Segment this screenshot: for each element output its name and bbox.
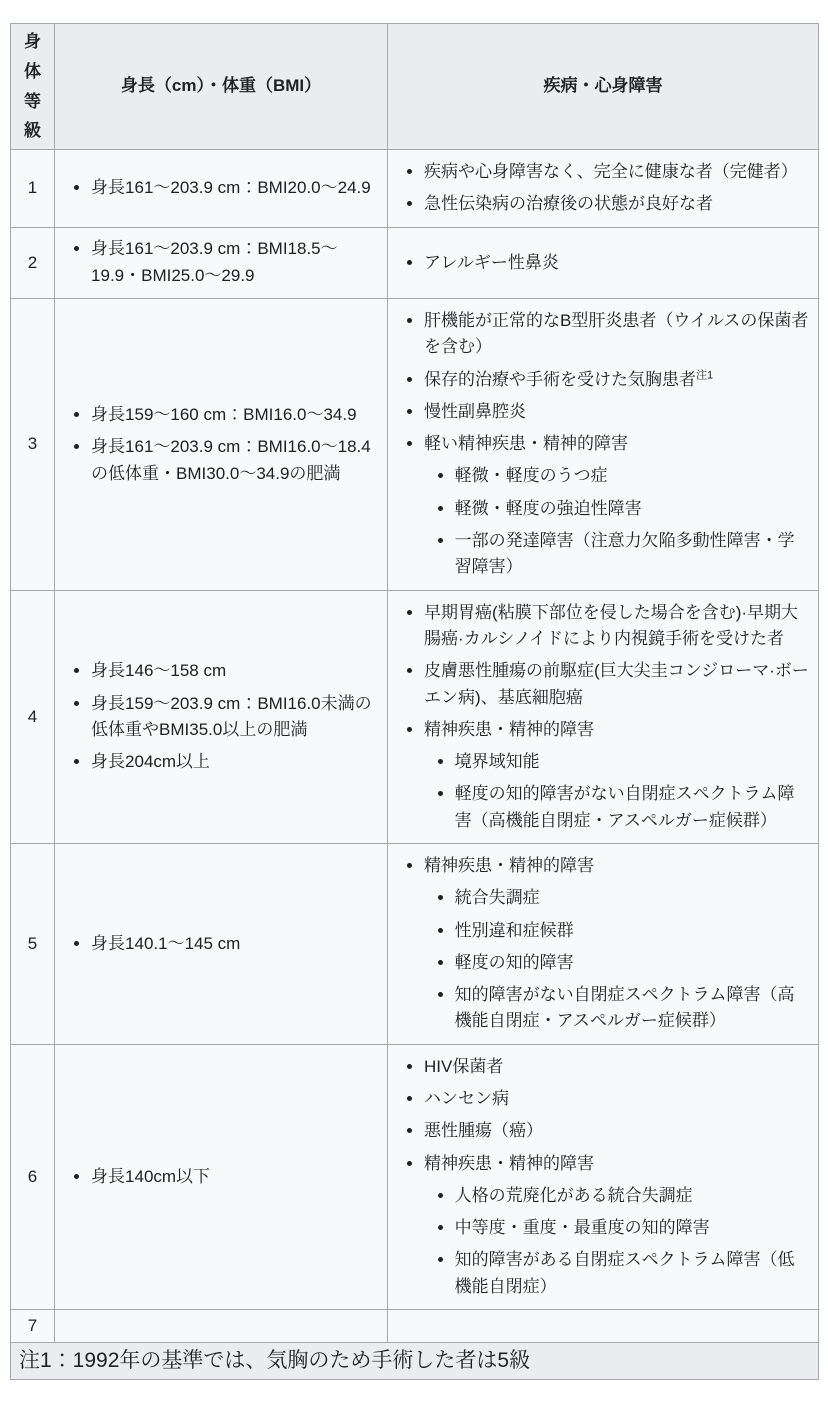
table-row: 3身長159〜160 cm：BMI16.0〜34.9身長161〜203.9 cm… [11, 299, 819, 591]
list-item: 知的障害がある自閉症スペクトラム障害（低機能自閉症） [455, 1247, 810, 1300]
list-item: 一部の発達障害（注意力欠陥多動性障害・学習障害） [455, 528, 810, 581]
list-item: 身長161〜203.9 cm：BMI16.0〜18.4の低体重・BMI30.0〜… [91, 434, 379, 487]
grade-cell: 1 [11, 150, 55, 228]
physical-cell: 身長159〜160 cm：BMI16.0〜34.9身長161〜203.9 cm：… [55, 299, 388, 591]
footnote-row: 注1：1992年の基準では、気胸のため手術した者は5級 [11, 1343, 819, 1379]
list-item: 悪性腫瘍（癌） [424, 1118, 810, 1144]
list-item: 保存的治療や手術を受けた気胸患者注1 [424, 367, 810, 393]
grade-cell: 5 [11, 844, 55, 1045]
list-item: 身長161〜203.9 cm：BMI20.0〜24.9 [91, 175, 379, 201]
disease-cell: 精神疾患・精神的障害統合失調症性別違和症候群軽度の知的障害知的障害がない自閉症ス… [388, 844, 819, 1045]
disease-cell: 肝機能が正常的なB型肝炎患者（ウイルスの保菌者を含む）保存的治療や手術を受けた気… [388, 299, 819, 591]
list-item: 皮膚悪性腫瘍の前駆症(巨大尖圭コンジローマ·ボーエン病)、基底細胞癌 [424, 658, 810, 711]
bullet-list: 早期胃癌(粘膜下部位を侵した場合を含む)·早期大腸癌·カルシノイドにより内視鏡手… [399, 600, 810, 835]
list-item: アレルギー性鼻炎 [424, 250, 810, 276]
physical-cell: 身長161〜203.9 cm：BMI18.5〜19.9・BMI25.0〜29.9 [55, 227, 388, 299]
physical-cell [55, 1309, 388, 1342]
footnote: 注1：1992年の基準では、気胸のため手術した者は5級 [11, 1343, 819, 1379]
list-item: HIV保菌者 [424, 1054, 810, 1080]
disease-cell: HIV保菌者ハンセン病悪性腫瘍（癌）精神疾患・精神的障害人格の荒廃化がある統合失… [388, 1044, 819, 1309]
physical-cell: 身長140.1〜145 cm [55, 844, 388, 1045]
disease-cell [388, 1309, 819, 1342]
grade-cell: 4 [11, 590, 55, 843]
disease-cell: 早期胃癌(粘膜下部位を侵した場合を含む)·早期大腸癌·カルシノイドにより内視鏡手… [388, 590, 819, 843]
list-item: 身長140.1〜145 cm [91, 931, 379, 957]
bullet-list: 統合失調症性別違和症候群軽度の知的障害知的障害がない自閉症スペクトラム障害（高機… [430, 885, 810, 1035]
list-item: 精神疾患・精神的障害統合失調症性別違和症候群軽度の知的障害知的障害がない自閉症ス… [424, 853, 810, 1035]
page: 身 体 等 級 身長（cm）・体重（BMI） 疾病・心身障害 1身長161〜20… [0, 0, 828, 1401]
table-row: 6身長140cm以下HIV保菌者ハンセン病悪性腫瘍（癌）精神疾患・精神的障害人格… [11, 1044, 819, 1309]
bullet-list: 身長159〜160 cm：BMI16.0〜34.9身長161〜203.9 cm：… [66, 402, 379, 487]
bullet-list: 人格の荒廃化がある統合失調症中等度・重度・最重度の知的障害知的障害がある自閉症ス… [430, 1183, 810, 1300]
bullet-list: 身長146〜158 cm身長159〜203.9 cm：BMI16.0未満の低体重… [66, 658, 379, 775]
table-row: 4身長146〜158 cm身長159〜203.9 cm：BMI16.0未満の低体… [11, 590, 819, 843]
list-item: 身長159〜160 cm：BMI16.0〜34.9 [91, 402, 379, 428]
list-item: 慢性副鼻腔炎 [424, 399, 810, 425]
list-item: 軽微・軽度のうつ症 [455, 463, 810, 489]
bullet-list: HIV保菌者ハンセン病悪性腫瘍（癌）精神疾患・精神的障害人格の荒廃化がある統合失… [399, 1054, 810, 1300]
disease-cell: アレルギー性鼻炎 [388, 227, 819, 299]
column-header-physical: 身長（cm）・体重（BMI） [55, 24, 388, 150]
list-item: 急性伝染病の治療後の状態が良好な者 [424, 191, 810, 217]
disease-cell: 疾病や心身障害なく、完全に健康な者（完健者）急性伝染病の治療後の状態が良好な者 [388, 150, 819, 228]
header-row: 身 体 等 級 身長（cm）・体重（BMI） 疾病・心身障害 [11, 24, 819, 150]
list-item: 肝機能が正常的なB型肝炎患者（ウイルスの保菌者を含む） [424, 308, 810, 361]
grade-cell: 2 [11, 227, 55, 299]
bullet-list: 身長140.1〜145 cm [66, 931, 379, 957]
list-item: 中等度・重度・最重度の知的障害 [455, 1215, 810, 1241]
list-item: 境界域知能 [455, 749, 810, 775]
table-header: 身 体 等 級 身長（cm）・体重（BMI） 疾病・心身障害 [11, 24, 819, 150]
table-body: 1身長161〜203.9 cm：BMI20.0〜24.9疾病や心身障害なく、完全… [11, 150, 819, 1343]
list-item: 軽い精神疾患・精神的障害軽微・軽度のうつ症軽微・軽度の強迫性障害一部の発達障害（… [424, 431, 810, 581]
bullet-list: 身長161〜203.9 cm：BMI18.5〜19.9・BMI25.0〜29.9 [66, 236, 379, 289]
bullet-list: 身長161〜203.9 cm：BMI20.0〜24.9 [66, 175, 379, 201]
bullet-list: 疾病や心身障害なく、完全に健康な者（完健者）急性伝染病の治療後の状態が良好な者 [399, 159, 810, 218]
table-row: 7 [11, 1309, 819, 1342]
body-grade-table: 身 体 等 級 身長（cm）・体重（BMI） 疾病・心身障害 1身長161〜20… [10, 23, 819, 1380]
bullet-list: 肝機能が正常的なB型肝炎患者（ウイルスの保菌者を含む）保存的治療や手術を受けた気… [399, 308, 810, 581]
table-row: 2身長161〜203.9 cm：BMI18.5〜19.9・BMI25.0〜29.… [11, 227, 819, 299]
list-item: 身長140cm以下 [91, 1164, 379, 1190]
note-ref: 注1 [696, 369, 713, 381]
bullet-list: 身長140cm以下 [66, 1164, 379, 1190]
bullet-list: 軽微・軽度のうつ症軽微・軽度の強迫性障害一部の発達障害（注意力欠陥多動性障害・学… [430, 463, 810, 580]
list-item: 精神疾患・精神的障害境界域知能軽度の知的障害がない自閉症スペクトラム障害（高機能… [424, 717, 810, 834]
list-item: 軽度の知的障害 [455, 950, 810, 976]
list-item: 軽微・軽度の強迫性障害 [455, 496, 810, 522]
list-item: 疾病や心身障害なく、完全に健康な者（完健者） [424, 159, 810, 185]
bullet-list: 精神疾患・精神的障害統合失調症性別違和症候群軽度の知的障害知的障害がない自閉症ス… [399, 853, 810, 1035]
physical-cell: 身長140cm以下 [55, 1044, 388, 1309]
list-item: 人格の荒廃化がある統合失調症 [455, 1183, 810, 1209]
table-row: 1身長161〜203.9 cm：BMI20.0〜24.9疾病や心身障害なく、完全… [11, 150, 819, 228]
column-header-disease: 疾病・心身障害 [388, 24, 819, 150]
list-item: 性別違和症候群 [455, 918, 810, 944]
grade-cell: 3 [11, 299, 55, 591]
physical-cell: 身長161〜203.9 cm：BMI20.0〜24.9 [55, 150, 388, 228]
table-row: 5身長140.1〜145 cm精神疾患・精神的障害統合失調症性別違和症候群軽度の… [11, 844, 819, 1045]
list-item: 軽度の知的障害がない自閉症スペクトラム障害（高機能自閉症・アスペルガー症候群） [455, 781, 810, 834]
table-footer: 注1：1992年の基準では、気胸のため手術した者は5級 [11, 1343, 819, 1379]
list-item: 身長146〜158 cm [91, 658, 379, 684]
list-item: 身長204cm以上 [91, 749, 379, 775]
grade-cell: 6 [11, 1044, 55, 1309]
list-item: 身長159〜203.9 cm：BMI16.0未満の低体重やBMI35.0以上の肥… [91, 691, 379, 744]
physical-cell: 身長146〜158 cm身長159〜203.9 cm：BMI16.0未満の低体重… [55, 590, 388, 843]
list-item: 身長161〜203.9 cm：BMI18.5〜19.9・BMI25.0〜29.9 [91, 236, 379, 289]
bullet-list: 境界域知能軽度の知的障害がない自閉症スペクトラム障害（高機能自閉症・アスペルガー… [430, 749, 810, 834]
list-item: 統合失調症 [455, 885, 810, 911]
list-item: ハンセン病 [424, 1086, 810, 1112]
list-item: 精神疾患・精神的障害人格の荒廃化がある統合失調症中等度・重度・最重度の知的障害知… [424, 1151, 810, 1301]
grade-cell: 7 [11, 1309, 55, 1342]
bullet-list: アレルギー性鼻炎 [399, 250, 810, 276]
list-item: 早期胃癌(粘膜下部位を侵した場合を含む)·早期大腸癌·カルシノイドにより内視鏡手… [424, 600, 810, 653]
column-header-grade: 身 体 等 級 [11, 24, 55, 150]
list-item: 知的障害がない自閉症スペクトラム障害（高機能自閉症・アスペルガー症候群） [455, 982, 810, 1035]
